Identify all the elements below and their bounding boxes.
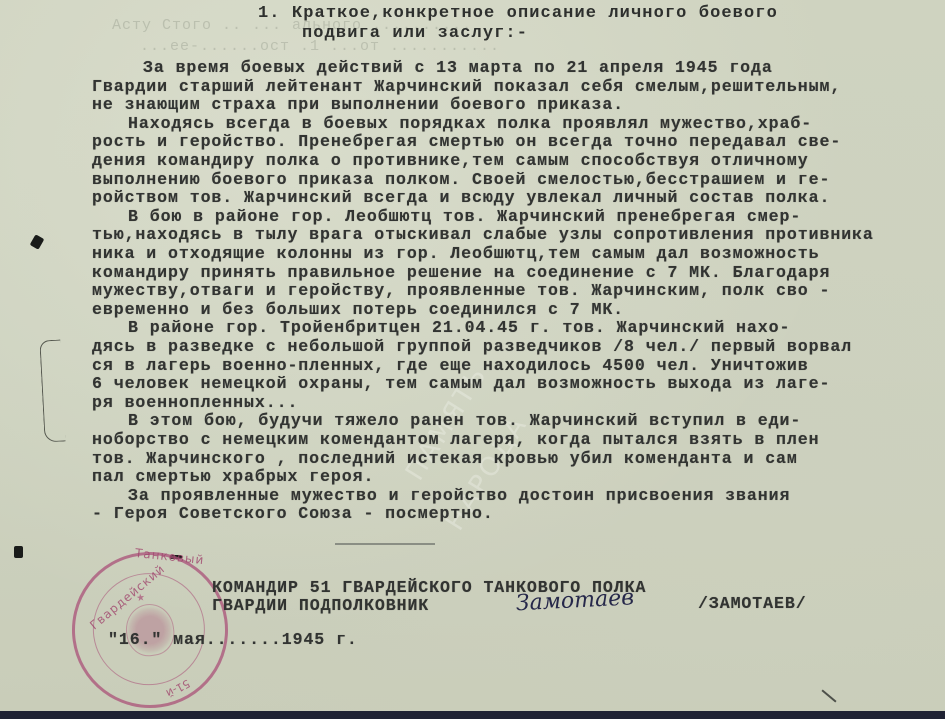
ink-mark bbox=[14, 546, 23, 558]
body-text-line: не знающим страха при выполнении боевого… bbox=[92, 95, 624, 114]
body-text-line: ника и отходящие колонны из гор. Леобшют… bbox=[92, 244, 819, 263]
body-text-line: пал смертью храбрых героя. bbox=[92, 467, 374, 486]
section-title-line2: подвига или заслуг:- bbox=[302, 24, 528, 43]
body-text-line: ся в лагерь военно-пленных, где еще нахо… bbox=[92, 356, 809, 375]
body-text-line: тью,находясь в тылу врага отыскивал слаб… bbox=[92, 225, 874, 244]
body-text-line: За проявленные мужество и геройство дост… bbox=[128, 486, 790, 505]
body-text-line: Гвардии старший лейтенант Жарчинский пок… bbox=[92, 77, 841, 96]
section-heading: 1. Краткое,конкретное описание личного б… bbox=[258, 4, 778, 23]
handwritten-bracket-mark bbox=[39, 340, 65, 443]
body-text-line: выполнению боевого приказа полком. Своей… bbox=[92, 170, 830, 189]
award-document-page: Асту Стого .. ... ального .......... ...… bbox=[0, 0, 945, 711]
body-text-line: рость и геройство. Пренебрегая смертью о… bbox=[92, 132, 841, 151]
body-text-line: ря военнопленных... bbox=[92, 393, 298, 412]
stamp-text: Танковый bbox=[134, 546, 205, 567]
body-text-line: В бою в районе гор. Леобшютц тов. Жарчин… bbox=[128, 207, 801, 226]
commander-name: /ЗАМОТАЕВ/ bbox=[698, 594, 807, 613]
body-text-line: В этом бою, будучи тяжело ранен тов. Жар… bbox=[128, 411, 801, 430]
body-text-line: дения командиру полка о противнике,тем с… bbox=[92, 151, 809, 170]
body-text-line: В районе гор. Тройенбритцен 21.04.45 г. … bbox=[128, 318, 790, 337]
body-text-line: дясь в разведке с небольшой группой разв… bbox=[92, 337, 852, 356]
body-text-line: мужеству,отваги и геройству, проявленные… bbox=[92, 281, 830, 300]
body-text-line: - Героя Советского Союза - посмертно. bbox=[92, 504, 494, 523]
section-title-line1: Краткое,конкретное описание личного боев… bbox=[292, 4, 778, 23]
handwritten-signature: Замотаев bbox=[515, 585, 646, 622]
body-text-line: Находясь всегда в боевых порядках полка … bbox=[128, 114, 812, 133]
scan-bottom-edge bbox=[0, 711, 945, 719]
body-text-line: евременно и без больших потерь соединилс… bbox=[92, 300, 624, 319]
ruled-line bbox=[335, 543, 435, 545]
ink-mark bbox=[30, 234, 45, 249]
body-text-line: командиру принять правильное решение на … bbox=[92, 263, 830, 282]
paper-scratch bbox=[821, 689, 836, 702]
official-stamp: ★ Гвардейский Танковый 51-й bbox=[62, 542, 238, 711]
body-text-line: ройством тов. Жарчинский всегда и всюду … bbox=[92, 188, 830, 207]
body-text-line: 6 человек немецкой охраны, тем самым дал… bbox=[92, 374, 830, 393]
document-date: "16." мая.......1945 г. bbox=[108, 630, 358, 649]
section-number: 1. bbox=[258, 4, 281, 23]
body-text-line: тов. Жарчинского , последний истекая кро… bbox=[92, 449, 798, 468]
body-text-line: За время боевых действий с 13 марта по 2… bbox=[143, 58, 773, 77]
body-text-line: ноборство с немецким комендантом лагеря,… bbox=[92, 430, 819, 449]
commander-rank: ГВАРДИИ ПОДПОЛКОВНИК bbox=[212, 596, 429, 615]
